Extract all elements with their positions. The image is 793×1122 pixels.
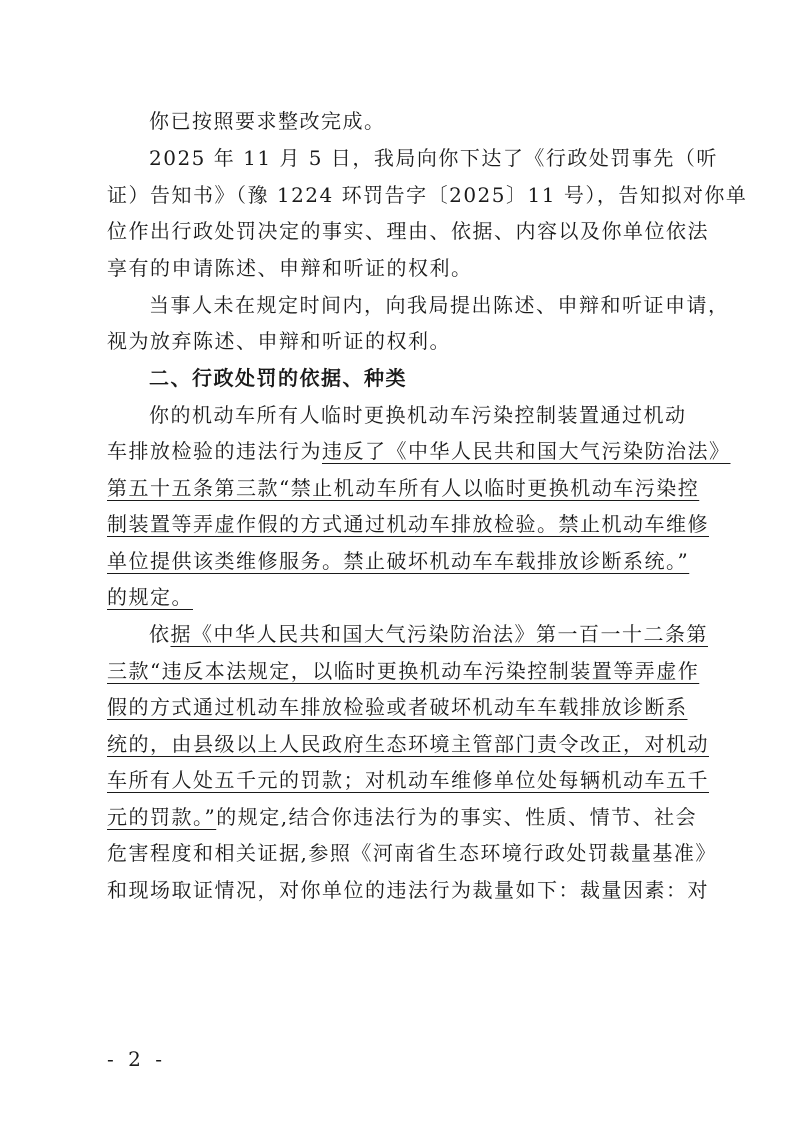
text-line: 第五十五条第三款“禁止机动车所有人以临时更换机动车污染控 [107, 470, 699, 506]
text-segment: 危害程度和相关证据,参照《河南省生态环境行政处罚裁量基准》 [107, 841, 717, 865]
text-line: 2025 年 11 月 5 日，我局向你下达了《行政处罚事先（听 [149, 140, 718, 176]
text-line: 三款“违反本法规定，以临时更换机动车污染控制装置等弄虚作 [107, 653, 699, 689]
section-heading: 二、行政处罚的依据、种类 [149, 360, 407, 396]
underlined-text: 统的，由县级以上人民政府生态环境主管部门责令改正，对机动 [107, 732, 709, 756]
underlined-text: 违反了《中华人民共和国大气污染防治法》 [322, 439, 731, 463]
page-number: - 2 - [107, 1047, 166, 1071]
text-line: 依据《中华人民共和国大气污染防治法》第一百一十二条第 [149, 616, 708, 652]
underlined-text: 车所有人处五千元的罚款；对机动车维修单位处每辆机动车五千 [107, 768, 709, 792]
text-segment: 视为放弃陈述、申辩和听证的权利。 [107, 329, 451, 353]
text-line: 视为放弃陈述、申辩和听证的权利。 [107, 323, 451, 359]
text-segment: 证）告知书》（豫 1224 环罚告字〔2025〕11 号），告知拟对你单 [107, 183, 747, 207]
text-segment: 车排放检验的违法行为 [107, 439, 322, 463]
underlined-text: 假的方式通过机动车排放检验或者破坏机动车车载排放诊断系 [107, 695, 688, 719]
underlined-text: 单位提供该类维修服务。禁止破坏机动车车载排放诊断系统。” [107, 549, 689, 573]
text-line: 制装置等弄虚作假的方式通过机动车排放检验。禁止机动车维修 [107, 506, 709, 542]
text-line: 危害程度和相关证据,参照《河南省生态环境行政处罚裁量基准》 [107, 835, 717, 871]
text-line: 元的罚款。”的规定,结合你违法行为的事实、性质、情节、社会 [107, 799, 697, 835]
underlined-text: 三款“违反本法规定，以临时更换机动车污染控制装置等弄虚作 [107, 659, 699, 683]
text-line: 的规定。 [107, 579, 193, 615]
text-line: 位作出行政处罚决定的事实、理由、依据、内容以及你单位依法 [107, 213, 709, 249]
text-line: 单位提供该类维修服务。禁止破坏机动车车载排放诊断系统。” [107, 543, 689, 579]
text-line: 享有的申请陈述、申辩和听证的权利。 [107, 250, 473, 286]
text-segment: 位作出行政处罚决定的事实、理由、依据、内容以及你单位依法 [107, 219, 709, 243]
underlined-text: 元的罚款。” [107, 805, 216, 829]
text-segment: 依 [149, 622, 171, 646]
text-line: 你的机动车所有人临时更换机动车污染控制装置通过机动 [149, 397, 687, 433]
text-line: 你已按照要求整改完成。 [149, 103, 386, 139]
text-segment: 二、行政处罚的依据、种类 [149, 366, 407, 390]
text-segment: 的规定,结合你违法行为的事实、性质、情节、社会 [216, 805, 697, 829]
underlined-text: 的规定。 [107, 585, 193, 609]
text-line: 和现场取证情况，对你单位的违法行为裁量如下：裁量因素：对 [107, 872, 709, 908]
text-segment: 你的机动车所有人临时更换机动车污染控制装置通过机动 [149, 403, 687, 427]
underlined-text: 据《中华人民共和国大气污染防治法》第一百一十二条第 [171, 622, 709, 646]
text-line: 车排放检验的违法行为违反了《中华人民共和国大气污染防治法》 [107, 433, 731, 469]
text-line: 证）告知书》（豫 1224 环罚告字〔2025〕11 号），告知拟对你单 [107, 177, 747, 213]
text-segment: 和现场取证情况，对你单位的违法行为裁量如下：裁量因素：对 [107, 878, 709, 902]
underlined-text: 第五十五条第三款“禁止机动车所有人以临时更换机动车污染控 [107, 476, 699, 500]
text-line: 假的方式通过机动车排放检验或者破坏机动车车载排放诊断系 [107, 689, 688, 725]
text-line: 当事人未在规定时间内，向我局提出陈述、申辩和听证申请， [149, 287, 730, 323]
text-segment: 你已按照要求整改完成。 [149, 109, 386, 133]
text-segment: 享有的申请陈述、申辩和听证的权利。 [107, 256, 473, 280]
text-segment: 2025 年 11 月 5 日，我局向你下达了《行政处罚事先（听 [149, 146, 718, 170]
text-line: 统的，由县级以上人民政府生态环境主管部门责令改正，对机动 [107, 726, 709, 762]
text-line: 车所有人处五千元的罚款；对机动车维修单位处每辆机动车五千 [107, 762, 709, 798]
text-segment: 当事人未在规定时间内，向我局提出陈述、申辩和听证申请， [149, 293, 730, 317]
underlined-text: 制装置等弄虚作假的方式通过机动车排放检验。禁止机动车维修 [107, 512, 709, 536]
